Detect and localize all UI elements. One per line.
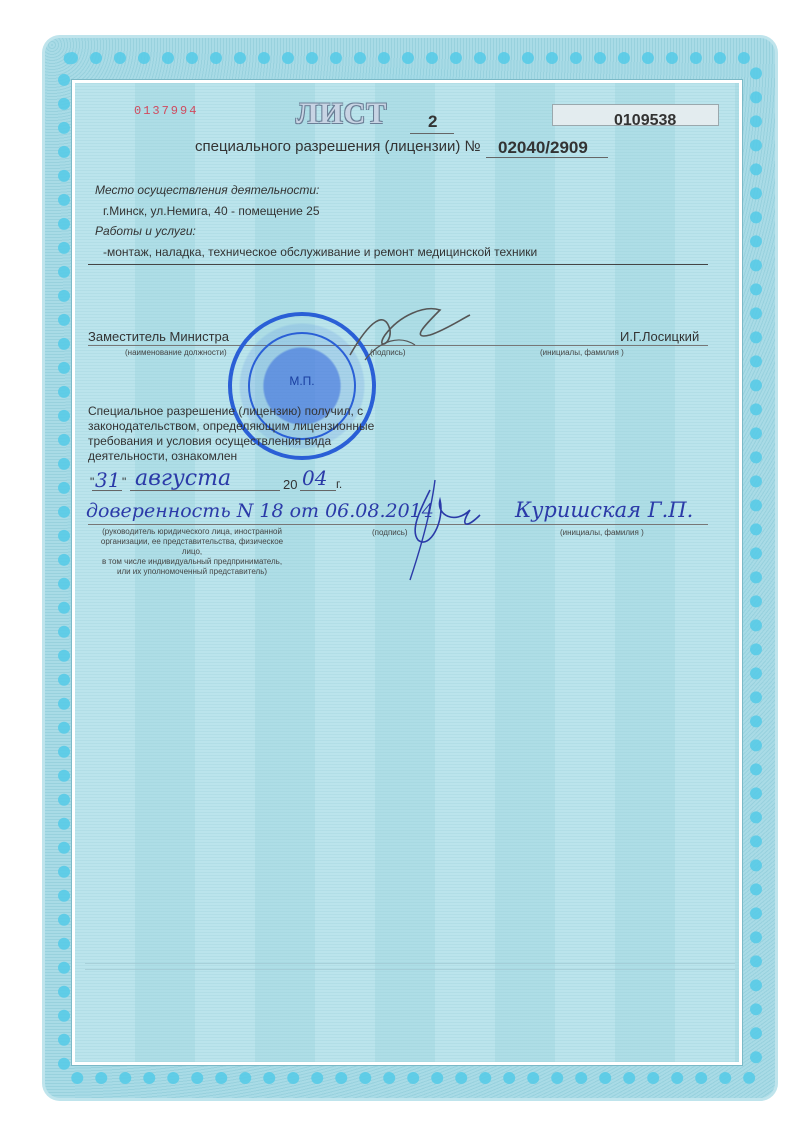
date-year-suffix: 04 (302, 466, 327, 490)
stamp-label: М.П. (232, 374, 372, 388)
date-month-underline (130, 490, 280, 491)
date-day: 31 (95, 468, 120, 492)
scan-artifact-line (85, 963, 735, 964)
acknowledgement-line: Специальное разрешение (лицензию) получи… (88, 404, 418, 419)
recipient-name-handwritten: Куришская Г.П. (515, 498, 693, 522)
date-year-prefix: 20 (283, 477, 297, 492)
acknowledgement-line: требования и условия осуществления вида (88, 434, 418, 449)
place-value: г.Минск, ул.Немига, 40 - помещение 25 (103, 204, 320, 218)
acknowledgement-text: Специальное разрешение (лицензию) получи… (88, 404, 418, 464)
date-day-underline (92, 490, 122, 491)
serial-number: 0109538 (614, 112, 676, 130)
recipient-role-handwritten: доверенность N 18 от 06.08.2014 (86, 500, 434, 522)
sheet-number-underline (410, 133, 454, 134)
issuer-name-caption: (инициалы, фамилия ) (540, 348, 624, 357)
recipient-role-caption: (руководитель юридического лица, иностра… (92, 527, 292, 577)
page-title: ЛИСТ (296, 97, 387, 131)
recipient-name-caption: (инициалы, фамилия ) (560, 528, 644, 537)
date-month: августа (135, 466, 231, 491)
date-quote-open: " (90, 475, 94, 489)
red-serial-number: 0137994 (134, 104, 198, 118)
issuer-position: Заместитель Министра (88, 329, 229, 344)
services-label: Работы и услуги: (95, 224, 196, 238)
license-number: 02040/2909 (498, 138, 588, 158)
services-value: -монтаж, наладка, техническое обслуживан… (103, 245, 537, 259)
license-number-underline (486, 157, 608, 158)
issuer-signature (330, 300, 480, 370)
section-divider (88, 264, 708, 265)
recipient-role-caption-line: или их уполномоченный представитель) (92, 567, 292, 577)
issuer-name: И.Г.Лосицкий (620, 329, 699, 344)
license-label: специального разрешения (лицензии) № (195, 138, 481, 155)
acknowledgement-line: деятельности, ознакомлен (88, 449, 418, 464)
date-quote-close: " (122, 475, 126, 489)
date-year-underline (300, 490, 336, 491)
scan-artifact-line (85, 969, 735, 970)
recipient-role-caption-line: (руководитель юридического лица, иностра… (92, 527, 292, 537)
sheet-number: 2 (428, 112, 437, 132)
acknowledgement-line: законодательством, определяющим лицензио… (88, 419, 418, 434)
place-label: Место осуществления деятельности: (95, 183, 319, 197)
recipient-signature-line (88, 524, 708, 525)
recipient-role-caption-line: организации, ее представительства, физич… (92, 537, 292, 557)
issuer-position-caption: (наименование должности) (125, 348, 227, 357)
recipient-role-caption-line: в том числе индивидуальный предпринимате… (92, 557, 292, 567)
recipient-signature (400, 470, 490, 590)
date-suffix: г. (336, 477, 342, 491)
